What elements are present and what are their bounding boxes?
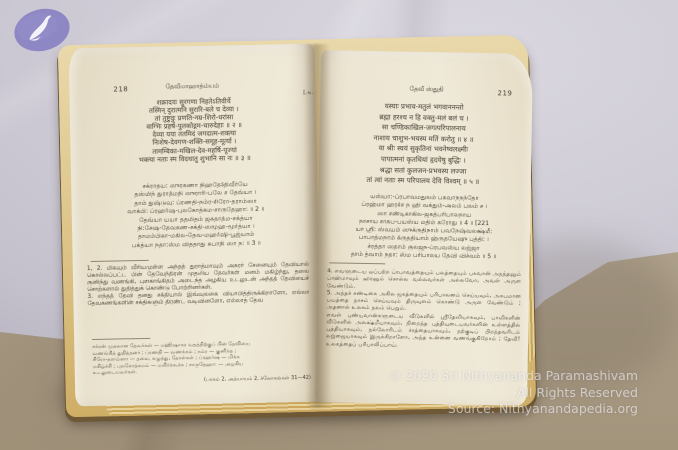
right-commentary-block: 4. எவளுடைய ஒப்பற்ற ப்ரபாவத்தையும் பலத்தை… (326, 268, 521, 351)
watermark-line-1: © 2020 Sri Nithyananda Paramashivam (389, 368, 638, 385)
book-gutter-shadow (304, 44, 332, 408)
watermark-line-2: All Rights Reserved (389, 385, 638, 402)
right-tamil-transliteration-block: யஸ்யா:-ப்ரபாவமதுலம் பகவாநநந்தோ ப்ரஹ்மா ஹ… (323, 192, 524, 262)
left-page: 218 தேவீமாஹாத்ம்யம் [அ. 4 शक्रादयः सुरगण… (69, 44, 322, 407)
left-running-title: தேவீமாஹாத்ம்யம் (69, 81, 315, 94)
photo-scene: 218 தேவீமாஹாத்ம்யம் [அ. 4 शक्रादयः सुरगण… (0, 0, 678, 450)
left-footnote-block: சக்ரன் முதலான தேவர்கள் — மஹிஷாசுர வதத்தி… (92, 340, 307, 377)
left-sanskrit-verse-block: शक्रादयः सुरगणा निहतेऽतिवीर्ये तस्मिन् द… (86, 96, 303, 165)
watermark-line-3: Source: Nithyanandapedia.org (389, 401, 638, 418)
right-commentary-separator (329, 262, 385, 264)
left-footnote-separator (92, 338, 150, 340)
left-tamil-transliteration-block: சக்ராதய: ஸுரகணா நிஹதேऽதிவீர்யே தஸ்மிந் த… (83, 180, 308, 252)
left-commentary-block: 1, 2. மிகவும் வீரியமுள்ள அந்தத் துராத்மா… (87, 262, 310, 309)
left-commentary-separator (91, 260, 149, 262)
right-page: தேவீ ஸ்துதி 219 यस्याः प्रभाव-मतुलं भगवा… (315, 50, 533, 406)
right-sanskrit-verse-block: यस्याः प्रभाव-मतुलं भगवाननन्तो ब्रह्मा ह… (327, 100, 520, 188)
right-page-number: 219 (497, 89, 512, 97)
copyright-watermark: © 2020 Sri Nithyananda Paramashivam All … (389, 368, 638, 418)
